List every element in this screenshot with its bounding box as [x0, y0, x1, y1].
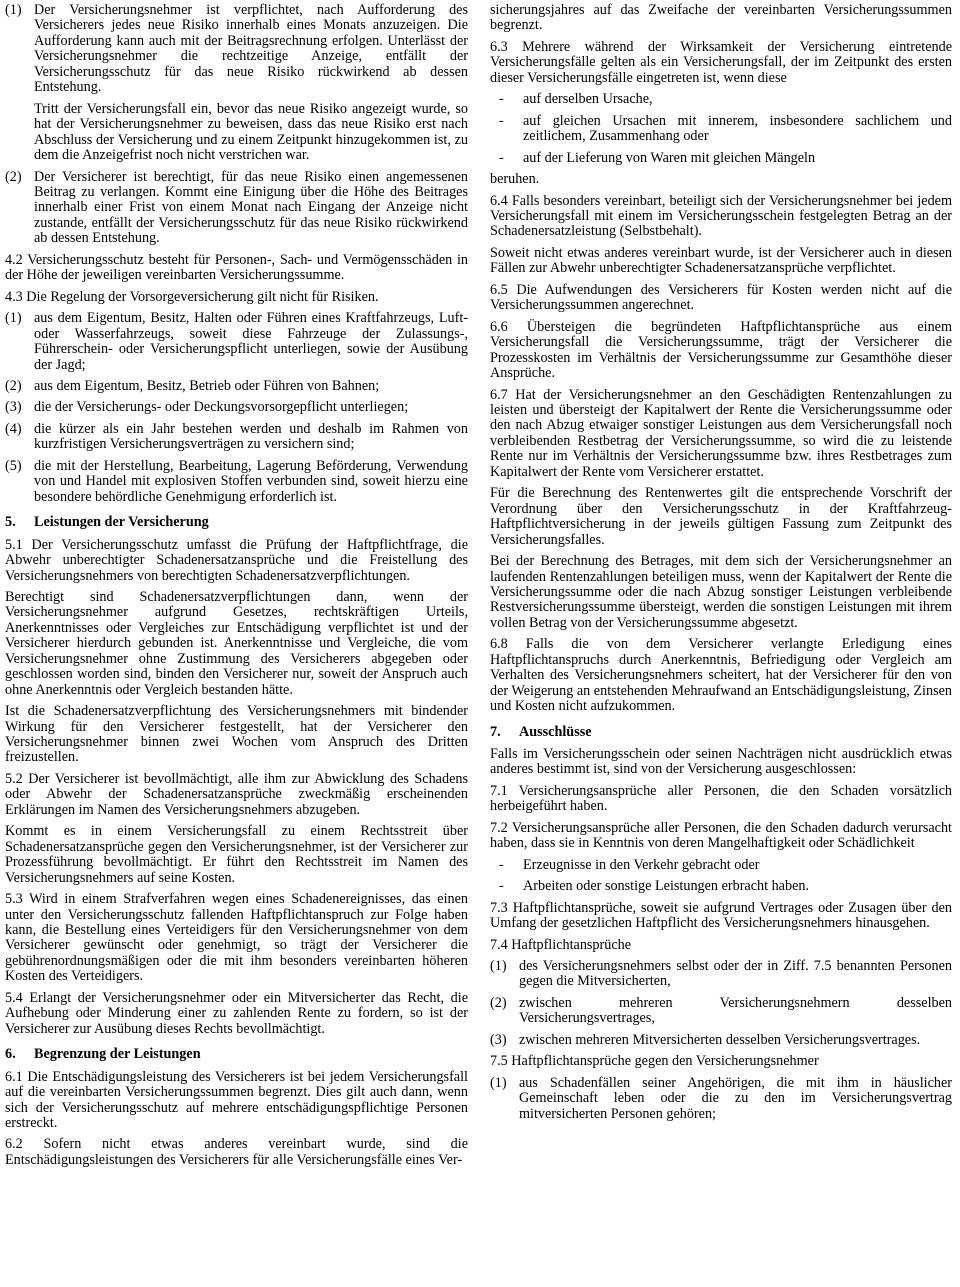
paragraph: 5.2 Der Versicherer ist bevollmächtigt, …: [5, 772, 468, 818]
paragraph: Berechtigt sind Schadenersatzverpflichtu…: [5, 590, 468, 698]
block-text: auf der Lieferung von Waren mit gleichen…: [523, 150, 815, 166]
block-text: aus Schadenfällen seiner Angehörigen, di…: [519, 1075, 952, 1122]
block-text: 6.2 Sofern nicht etwas anderes vereinbar…: [5, 1136, 468, 1167]
paragraph: 5.3 Wird in einem Strafverfahren wegen e…: [5, 892, 468, 985]
item-label: (1): [490, 1076, 507, 1091]
block-text: 5.2 Der Versicherer ist bevollmächtigt, …: [5, 771, 468, 818]
dash-glyph: -: [499, 151, 504, 166]
block-text: 5.1 Der Versicherungsschutz umfasst die …: [5, 537, 468, 584]
block-text: 6.4 Falls besonders vereinbart, beteilig…: [490, 193, 952, 240]
block-text: Ist die Schadenersatzverpflichtung des V…: [5, 703, 468, 765]
block-text: 6.6 Übersteigen die begründeten Haftpfli…: [490, 319, 952, 381]
item-label: (4): [5, 422, 22, 437]
block-text: auf derselben Ursache,: [523, 91, 653, 107]
paragraph: Falls im Versicherungsschein oder seinen…: [490, 747, 952, 778]
numbered-item: (3)zwischen mehreren Mitversicherten des…: [490, 1033, 952, 1048]
block-text: Soweit nicht etwas anderes vereinbart wu…: [490, 245, 952, 276]
block-text: Der Versicherungsnehmer ist verpflichtet…: [34, 2, 468, 95]
item-label: (5): [5, 459, 22, 474]
block-text: sicherungsjahres auf das Zweifache der v…: [490, 2, 952, 33]
numbered-item: (4)die kürzer als ein Jahr bestehen werd…: [5, 422, 468, 453]
dash-glyph: -: [499, 858, 504, 873]
block-text: Falls im Versicherungsschein oder seinen…: [490, 746, 952, 777]
paragraph: 7.2 Versicherungsansprüche aller Persone…: [490, 821, 952, 852]
paragraph: beruhen.: [490, 172, 952, 187]
numbered-item: (2)aus dem Eigentum, Besitz, Betrieb ode…: [5, 379, 468, 394]
numbered-item: (1)des Versicherungsnehmers selbst oder …: [490, 959, 952, 990]
block-text: 7.4 Haftpflichtansprüche: [490, 937, 631, 953]
block-text: 4.2 Versicherungsschutz besteht für Pers…: [5, 252, 468, 283]
paragraph: 6.6 Übersteigen die begründeten Haftpfli…: [490, 320, 952, 382]
paragraph: 7.3 Haftpflichtansprüche, soweit sie auf…: [490, 901, 952, 932]
block-text: 6.8 Falls die von dem Versicherer verlan…: [490, 636, 952, 714]
numbered-item: (5)die mit der Herstellung, Bearbeitung,…: [5, 459, 468, 505]
block-text: Erzeugnisse in den Verkehr gebracht oder: [523, 857, 760, 873]
paragraph: 6.8 Falls die von dem Versicherer verlan…: [490, 637, 952, 714]
dash-item: -Erzeugnisse in den Verkehr gebracht ode…: [490, 858, 952, 873]
section-heading: 6.Begrenzung der Leistungen: [5, 1047, 468, 1062]
dash-item: -auf der Lieferung von Waren mit gleiche…: [490, 151, 952, 166]
paragraph: 7.1 Versicherungsansprüche aller Persone…: [490, 784, 952, 815]
block-text: aus dem Eigentum, Besitz, Betrieb oder F…: [34, 378, 379, 394]
paragraph: 5.4 Erlangt der Versicherungsnehmer oder…: [5, 991, 468, 1037]
block-text: 6.3 Mehrere während der Wirksamkeit der …: [490, 39, 952, 86]
paragraph: 5.1 Der Versicherungsschutz umfasst die …: [5, 538, 468, 584]
paragraph: 6.4 Falls besonders vereinbart, beteilig…: [490, 194, 952, 240]
paragraph: 4.2 Versicherungsschutz besteht für Pers…: [5, 253, 468, 284]
dash-item: -auf derselben Ursache,: [490, 92, 952, 107]
left-column: (1)Der Versicherungsnehmer ist verpflich…: [5, 3, 468, 1174]
numbered-item: (1)Der Versicherungsnehmer ist verpflich…: [5, 3, 468, 96]
heading-number: 5.: [5, 515, 34, 530]
block-text: auf gleichen Ursachen mit innerem, insbe…: [523, 113, 952, 144]
block-text: die kürzer als ein Jahr bestehen werden …: [34, 421, 468, 452]
block-text: 6.7 Hat der Versicherungsnehmer an den G…: [490, 387, 952, 480]
paragraph: 7.5 Haftpflichtansprüche gegen den Versi…: [490, 1054, 952, 1069]
block-text: 4.3 Die Regelung der Vorsorgeversicherun…: [5, 289, 379, 305]
heading-number: 7.: [490, 725, 519, 740]
item-label: (3): [490, 1033, 507, 1048]
section-heading: 7.Ausschlüsse: [490, 725, 952, 740]
paragraph: Bei der Berechnung des Betrages, mit dem…: [490, 554, 952, 631]
block-text: die mit der Herstellung, Bearbeitung, La…: [34, 458, 468, 505]
block-text: zwischen mehreren Versicherungsnehmern d…: [519, 995, 952, 1026]
heading-title: Ausschlüsse: [519, 724, 592, 740]
heading-title: Begrenzung der Leistungen: [34, 1046, 201, 1062]
paragraph: sicherungsjahres auf das Zweifache der v…: [490, 3, 952, 34]
paragraph: 7.4 Haftpflichtansprüche: [490, 938, 952, 953]
numbered-item: (2)zwischen mehreren Versicherungsnehmer…: [490, 996, 952, 1027]
block-text: Tritt der Versicherungsfall ein, bevor d…: [34, 101, 468, 163]
item-label: (2): [490, 996, 507, 1011]
paragraph: Soweit nicht etwas anderes vereinbart wu…: [490, 246, 952, 277]
item-label: (1): [5, 311, 22, 326]
item-label: (3): [5, 400, 22, 415]
heading-number: 6.: [5, 1047, 34, 1062]
paragraph: 4.3 Die Regelung der Vorsorgeversicherun…: [5, 290, 468, 305]
block-text: aus dem Eigentum, Besitz, Halten oder Fü…: [34, 310, 468, 372]
block-text: 6.5 Die Aufwendungen des Versicherers fü…: [490, 282, 952, 313]
block-text: 7.1 Versicherungsansprüche aller Persone…: [490, 783, 952, 814]
block-text: Für die Berechnung des Rentenwertes gilt…: [490, 485, 952, 547]
dash-glyph: -: [499, 92, 504, 107]
numbered-item: (1)aus dem Eigentum, Besitz, Halten oder…: [5, 311, 468, 373]
item-label: (2): [5, 170, 22, 185]
paragraph: Ist die Schadenersatzverpflichtung des V…: [5, 704, 468, 766]
numbered-item: (2)Der Versicherer ist berechtigt, für d…: [5, 170, 468, 247]
document-page: (1)Der Versicherungsnehmer ist verpflich…: [0, 0, 960, 1182]
continuation-paragraph: Tritt der Versicherungsfall ein, bevor d…: [5, 102, 468, 164]
paragraph: Kommt es in einem Versicherungsfall zu e…: [5, 824, 468, 886]
numbered-item: (1)aus Schadenfällen seiner Angehörigen,…: [490, 1076, 952, 1122]
paragraph: 6.1 Die Entschädigungsleistung des Versi…: [5, 1070, 468, 1132]
block-text: 5.3 Wird in einem Strafverfahren wegen e…: [5, 891, 468, 984]
item-label: (1): [490, 959, 507, 974]
paragraph: Für die Berechnung des Rentenwertes gilt…: [490, 486, 952, 548]
numbered-item: (3)die der Versicherungs- oder Deckungsv…: [5, 400, 468, 415]
heading-title: Leistungen der Versicherung: [34, 514, 209, 530]
block-text: 7.3 Haftpflichtansprüche, soweit sie auf…: [490, 900, 952, 931]
section-heading: 5.Leistungen der Versicherung: [5, 515, 468, 530]
block-text: die der Versicherungs- oder Deckungsvors…: [34, 399, 408, 415]
block-text: 6.1 Die Entschädigungsleistung des Versi…: [5, 1069, 468, 1131]
paragraph: 6.3 Mehrere während der Wirksamkeit der …: [490, 40, 952, 86]
paragraph: 6.7 Hat der Versicherungsnehmer an den G…: [490, 388, 952, 481]
block-text: Berechtigt sind Schadenersatzverpflichtu…: [5, 589, 468, 698]
item-label: (1): [5, 3, 22, 18]
block-text: Arbeiten oder sonstige Leistungen erbrac…: [523, 878, 809, 894]
block-text: des Versicherungsnehmers selbst oder der…: [519, 958, 952, 989]
dash-item: -auf gleichen Ursachen mit innerem, insb…: [490, 114, 952, 145]
block-text: Der Versicherer ist berechtigt, für das …: [34, 169, 468, 247]
dash-glyph: -: [499, 879, 504, 894]
block-text: 7.2 Versicherungsansprüche aller Persone…: [490, 820, 952, 851]
block-text: 7.5 Haftpflichtansprüche gegen den Versi…: [490, 1053, 819, 1069]
dash-glyph: -: [499, 114, 504, 129]
block-text: Bei der Berechnung des Betrages, mit dem…: [490, 553, 952, 631]
dash-item: -Arbeiten oder sonstige Leistungen erbra…: [490, 879, 952, 894]
item-label: (2): [5, 379, 22, 394]
block-text: beruhen.: [490, 171, 539, 187]
paragraph: 6.5 Die Aufwendungen des Versicherers fü…: [490, 283, 952, 314]
right-column: sicherungsjahres auf das Zweifache der v…: [490, 3, 952, 1174]
block-text: Kommt es in einem Versicherungsfall zu e…: [5, 823, 468, 885]
block-text: zwischen mehreren Mitversicherten dessel…: [519, 1032, 920, 1048]
block-text: 5.4 Erlangt der Versicherungsnehmer oder…: [5, 990, 468, 1037]
paragraph: 6.2 Sofern nicht etwas anderes vereinbar…: [5, 1137, 468, 1168]
